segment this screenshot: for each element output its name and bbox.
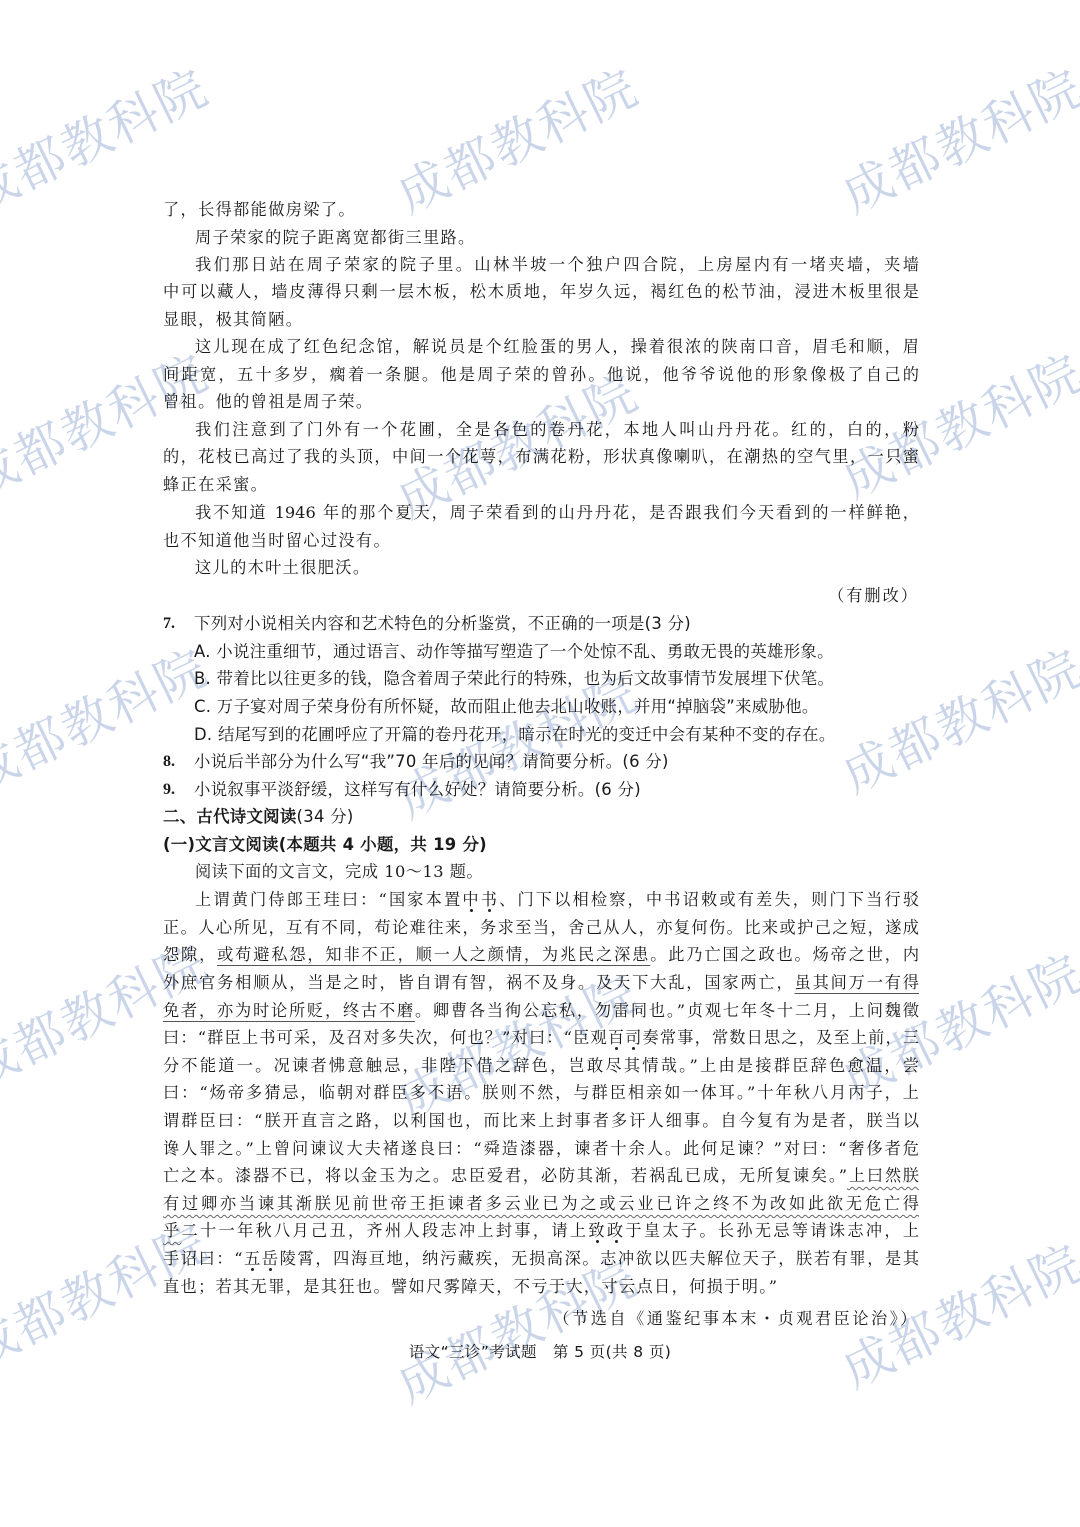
classical-source: （节选自《通鉴纪事本末・贞观君臣论治》） xyxy=(163,1305,919,1333)
question-number: 8. xyxy=(163,748,175,776)
emphasis-char: 五 xyxy=(243,1249,262,1268)
classical-line: 曰：“炀帝多猜忌，临朝对群臣多不语。朕则不然，与群臣相亲如一体耳。”十年秋八月丙… xyxy=(163,1079,919,1107)
option-d: D. 结尾写到的花圃呼应了开篇的卷丹花开，暗示在时光的变迁中会有某种不变的存在。 xyxy=(194,721,919,749)
classical-line: 手诏曰：“五岳陵霄，四海亘地，纳污藏疾，无损高深。志冲欲以匹夫解位天子，朕若有罪… xyxy=(163,1245,919,1273)
passage-line: 周子荣家的院子距离宽都街三里路。 xyxy=(195,224,919,252)
passage-line: 中可以藏人，墙皮薄得只剩一层木板，松木质地，年岁久远，褐红色的松节油，浸进木板里… xyxy=(163,278,919,306)
underlined-sentence: 或苟避私怨，知非不正，顺一人之颜情，为兆民之深患 xyxy=(217,945,650,964)
option-text: 结尾写到的花圃呼应了开篇的卷丹花开，暗示在时光的变迁中会有某种不变的存在。 xyxy=(218,725,836,744)
option-letter: A. xyxy=(194,642,211,661)
wavy-underlined-passage: 上曰然朕 xyxy=(847,1166,919,1185)
classical-line: 上谓黄门侍郎王珪曰：“国家本置中书、门下以相检察，中书诏敕或有差失，则门下当行驳 xyxy=(195,886,919,914)
classical-line: 外庶官务相顺从，当是之时，皆自谓有智，祸不及身。及天下大乱，国家两亡，虽其间万一… xyxy=(163,969,919,997)
question-number: 9. xyxy=(163,776,175,804)
emphasis-char: 政 xyxy=(607,1221,626,1240)
option-text: 带着比以往更多的钱，隐含着周子荣此行的特殊，也为后文故事情节发展埋下伏笔。 xyxy=(217,669,835,688)
classical-line: 谗人罪之。”上曾问谏议大夫褚遂良曰：“舜造漆器，谏者十余人。此何足谏？”对曰：“… xyxy=(163,1135,919,1163)
option-b: B. 带着比以往更多的钱，隐含着周子荣此行的特殊，也为后文故事情节发展埋下伏笔。 xyxy=(194,665,919,693)
classical-line: 免者，亦为时论所贬，终古不磨。卿曹各当徇公忘私，勿雷同也。”贞观七年冬十二月，上… xyxy=(163,997,919,1025)
passage-line: 的，花枝已高过了我的头顶，中间一个花萼，布满花粉，形状真像喇叭，在潮热的空气里，… xyxy=(163,443,919,471)
emphasis-char: 岳 xyxy=(262,1249,280,1268)
option-letter: B. xyxy=(194,669,211,688)
classical-line: 怨隙，或苟避私怨，知非不正，顺一人之颜情，为兆民之深患。此乃亡国之政也。炀帝之世… xyxy=(163,941,919,969)
option-letter: C. xyxy=(194,697,211,716)
page-footer: 语文“三诊”考试题 第 5 页(共 8 页) xyxy=(0,1340,1080,1362)
option-letter: D. xyxy=(194,725,212,744)
passage-line: 我不知道 1946 年的那个夏天，周子荣看到的山丹丹花，是否跟我们今天看到的一样… xyxy=(195,499,919,527)
classical-line: 有过卿亦当谏其渐朕见前世帝王拒谏者多云业已为之或云业已许之终不为改如此欲无危亡得 xyxy=(163,1190,919,1218)
passage-line: 我们那日站在周子荣家的院子里。山林半坡一个独户四合院，上房屋内有一堵夹墙，夹墙 xyxy=(195,251,919,279)
section-title: 二、古代诗文阅读 xyxy=(163,807,297,826)
classical-line: 分不能道一。况谏者怫意触忌，非陛下借之辞色，岂敢尽其情哉。”上由是接群臣辞色愈温… xyxy=(163,1052,919,1080)
classical-line: 谓群臣曰：“朕开直言之路，以利国也，而比来上封事者多讦人细事。自今复有为是者，朕… xyxy=(163,1107,919,1135)
question-text: 小说后半部分为什么写“我”70 年后的见闻？请简要分析。(6 分) xyxy=(194,748,919,776)
classical-line: 亡之本。漆器不已，将以金玉为之。忠臣爱君，必防其渐，若祸乱已成，无所复谏矣。”上… xyxy=(163,1162,919,1190)
emphasis-char: 书 xyxy=(481,890,499,909)
emphasis-char: 中 xyxy=(462,890,480,909)
option-text: 万子宴对周子荣身份有所怀疑，故而阻止他去北山收账，并用“掉脑袋”来威胁他。 xyxy=(217,697,819,716)
wavy-underlined-passage: 有过卿亦当谏其渐朕见前世帝王拒谏者多云业已为之或云业已许之终不为改如此欲无危亡得 xyxy=(163,1194,919,1213)
source-note: （有删改） xyxy=(163,582,919,610)
passage-line: 这儿的木叶土很肥沃。 xyxy=(195,554,919,582)
exam-page: 成都教科院成都教科院成都教科院成都教科院成都教科院成都教科院成都教科院成都教科院… xyxy=(0,0,1080,1527)
question-text: 下列对小说相关内容和艺术特色的分析鉴赏，不正确的一项是(3 分) xyxy=(194,610,919,638)
question-number: 7. xyxy=(163,610,175,638)
underlined-sentence: 虽其间万一有得 xyxy=(795,973,919,992)
classical-line: 乎二十一年秋八月己丑，齐州人段志冲上封事，请上致政于皇太子。长孙无忌等请诛志冲，… xyxy=(163,1217,919,1245)
section-points: (34 分) xyxy=(297,807,354,826)
passage-line: 曾祖。他的曾祖是周子荣。 xyxy=(163,388,919,416)
classical-line: 曰：“群臣上书可采，及召对多失次，何也？”对曰：“臣观百司奏常事，常数日思之，及… xyxy=(163,1024,919,1052)
underlined-sentence: 免者，亦为时论所贬，终古不磨 xyxy=(163,1001,415,1020)
watermark-text: 成都教科院 xyxy=(0,628,219,807)
passage-line: 间距宽，五十多岁，瘸着一条腿。他是周子荣的曾孙。他说，他爷爷说他的形象像极了自己… xyxy=(163,361,919,389)
wavy-underlined-passage: 乎 xyxy=(163,1221,182,1240)
passage-line: 了，长得都能做房梁了。 xyxy=(163,196,919,224)
option-c: C. 万子宴对周子荣身份有所怀疑，故而阻止他去北山收账，并用“掉脑袋”来威胁他。 xyxy=(194,693,919,721)
passage-line: 我们注意到了门外有一个花圃，全是各色的卷丹花，本地人叫山丹丹花。红的，白的，粉 xyxy=(195,416,919,444)
emphasis-char: 致 xyxy=(588,1221,607,1240)
passage-line: 也不知道他当时留心过没有。 xyxy=(163,527,919,555)
section-heading: 二、古代诗文阅读(34 分) xyxy=(163,803,919,831)
reading-instruction: 阅读下面的文言文，完成 10～13 题。 xyxy=(195,858,919,886)
option-text: 小说注重细节，通过语言、动作等描写塑造了一个处惊不乱、勇敢无畏的英雄形象。 xyxy=(216,642,834,661)
classical-line: 直也；若其无罪，是其狂也。譬如尺雾障天，不亏于大，寸云点日，何损于明。” xyxy=(163,1273,919,1301)
emphasis-char: 司 xyxy=(625,1028,642,1047)
option-a: A. 小说注重细节，通过语言、动作等描写塑造了一个处惊不乱、勇敢无畏的英雄形象。 xyxy=(194,638,919,666)
passage-line: 显眼，极其简陋。 xyxy=(163,306,919,334)
classical-line: 正。人心所见，互有不同，苟论难往来，务求至当，舍己从人，亦复何伤。比来或护己之短… xyxy=(163,914,919,942)
question-text: 小说叙事平淡舒缓，这样写有什么好处？请简要分析。(6 分) xyxy=(194,776,919,804)
passage-line: 蜂正在采蜜。 xyxy=(163,471,919,499)
passage-line: 这儿现在成了红色纪念馆，解说员是个红脸蛋的男人，操着很浓的陕南口音，眉毛和顺，眉 xyxy=(195,333,919,361)
emphasis-char: 百 xyxy=(608,1028,625,1047)
subsection-heading: (一)文言文阅读(本题共 4 小题，共 19 分) xyxy=(163,831,919,859)
